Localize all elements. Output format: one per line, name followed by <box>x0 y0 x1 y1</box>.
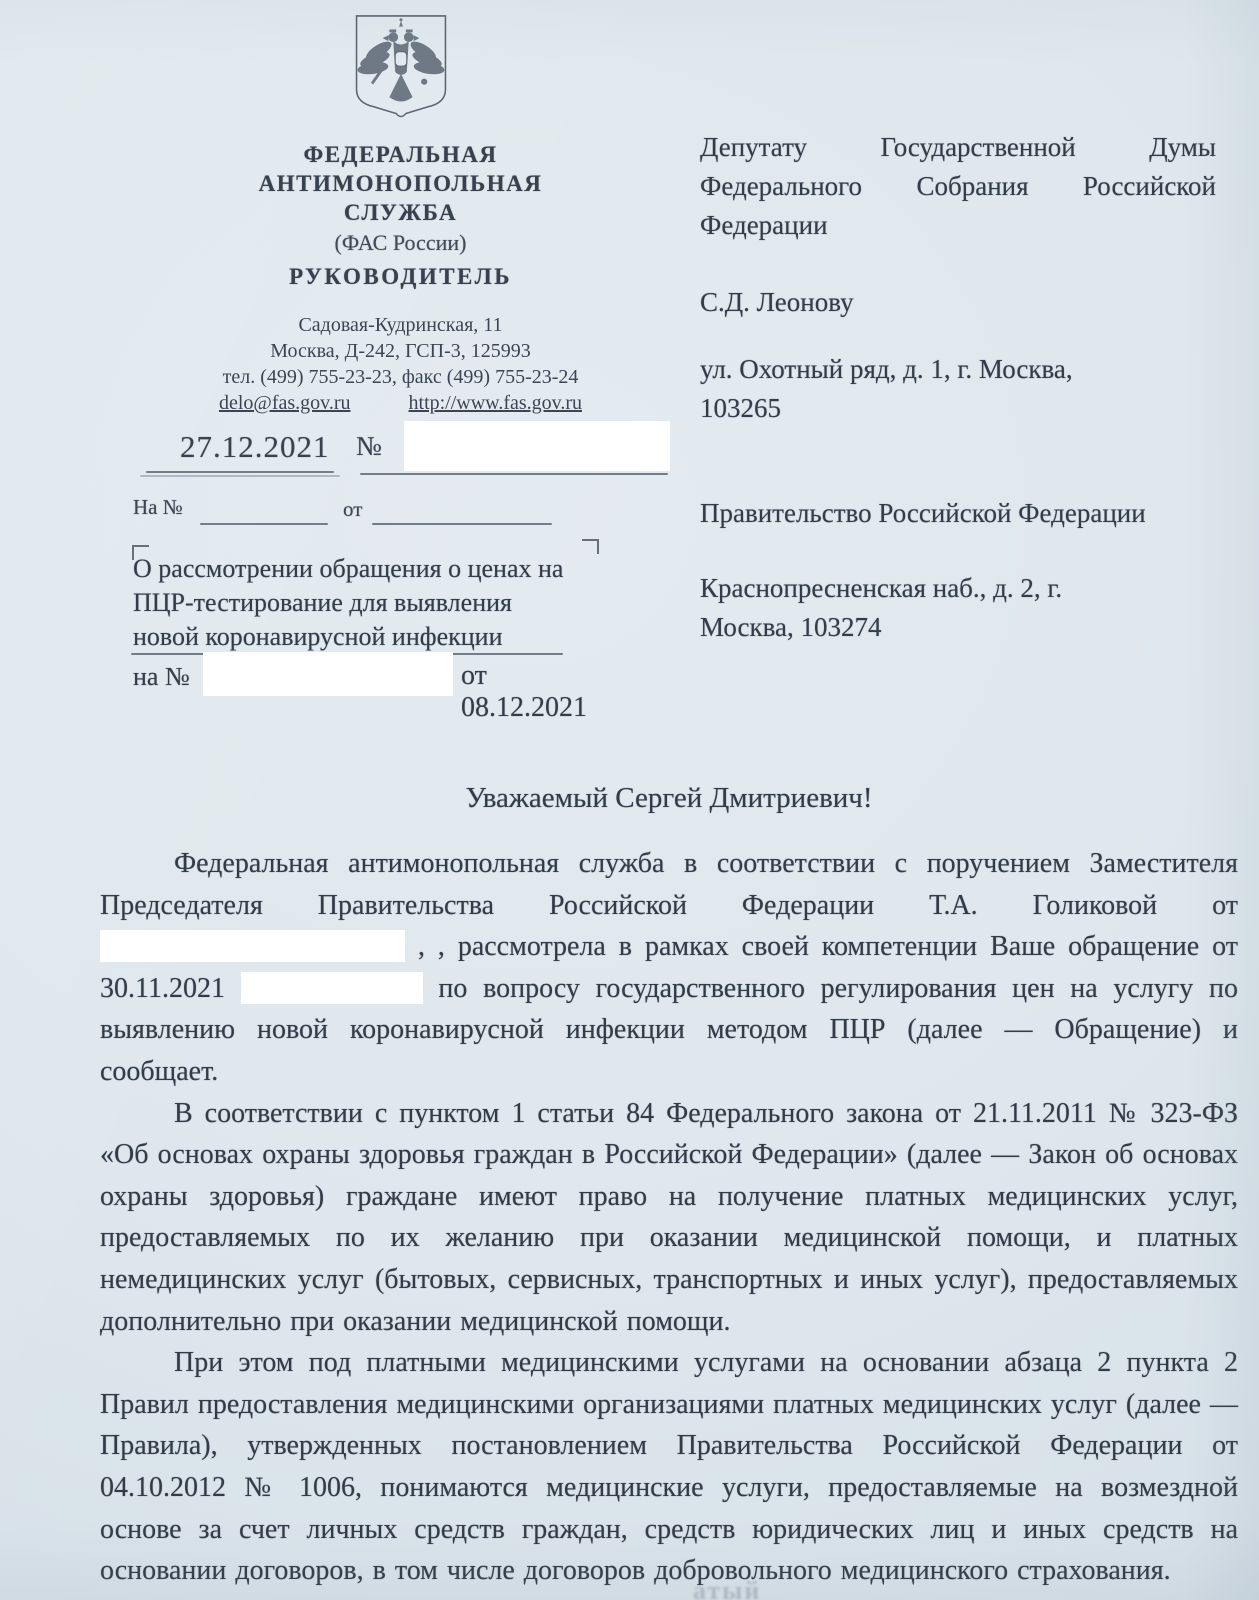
org-role: РУКОВОДИТЕЛЬ <box>128 264 673 290</box>
secondary-recipient-address: Краснопресненская наб., д. 2, г. Москва,… <box>700 569 1216 647</box>
subject-ref-date: от 08.12.2021 <box>461 660 587 724</box>
recipient-address-line2: 103265 <box>700 393 781 423</box>
redaction-box-outgoing-number <box>404 421 670 471</box>
phone-fax-line: тел. (499) 755-23-23, факс (499) 755-23-… <box>128 364 673 390</box>
outgoing-number-row: 27.12.2021 № <box>128 427 673 485</box>
corner-mark-left-icon <box>132 545 149 560</box>
subject-line-2: ПЦР-тестирование для выявления <box>133 586 585 620</box>
recipient-address-line1: ул. Охотный ряд, д. 1, г. Москва, <box>700 354 1073 384</box>
number-label: № <box>356 431 382 462</box>
org-name-line2: АНТИМОНОПОЛЬНАЯ <box>128 169 673 198</box>
org-website: http://www.fas.gov.ru <box>409 392 583 415</box>
letter-date: 27.12.2021 <box>180 429 330 465</box>
date-underline <box>146 471 334 473</box>
ref-date-underline <box>372 523 552 525</box>
recipient-block: Депутату Государственной Думы Федерально… <box>700 128 1216 647</box>
recipient-address: ул. Охотный ряд, д. 1, г. Москва, 103265 <box>700 350 1216 428</box>
subject-line-1: О рассмотрении обращения о ценах на <box>133 552 585 586</box>
ref-from-label: от <box>343 497 362 522</box>
org-email: delo@fas.gov.ru <box>219 392 351 415</box>
org-name-line3: СЛУЖБА <box>128 198 673 227</box>
paragraph-1-part1: Федеральная антимонопольная служба в соо… <box>100 848 1238 921</box>
recipient-name: С.Д. Леонову <box>700 283 1216 322</box>
paragraph-2: В соответствии с пунктом 1 статьи 84 Фед… <box>100 1093 1238 1343</box>
secondary-address-line1: Краснопресненская наб., д. 2, г. <box>700 573 1062 603</box>
scanned-letter-page: ФЕДЕРАЛЬНАЯ АНТИМОНОПОЛЬНАЯ СЛУЖБА (ФАС … <box>0 0 1259 1600</box>
subject-line-3-text: новой коронавирусной инфекции <box>133 622 503 651</box>
ref-number-underline <box>200 523 328 525</box>
secondary-address-line2: Москва, 103274 <box>700 612 882 642</box>
redaction-box-subject-number <box>203 652 453 696</box>
subject-ref-prefix: на № <box>133 662 190 692</box>
secondary-recipient-org: Правительство Российской Федерации <box>700 494 1216 533</box>
subject-block: О рассмотрении обращения о ценах на ПЦР-… <box>133 552 585 702</box>
org-abbreviation: (ФАС России) <box>128 229 673 256</box>
recipient-org: Депутату Государственной Думы Федерально… <box>700 128 1216 245</box>
letterhead: ФЕДЕРАЛЬНАЯ АНТИМОНОПОЛЬНАЯ СЛУЖБА (ФАС … <box>128 10 673 541</box>
org-name-line1: ФЕДЕРАЛЬНАЯ <box>128 140 673 169</box>
letter-body: Уважаемый Сергей Дмитриевич! Федеральная… <box>100 782 1238 1592</box>
subject-reference-row: на № от 08.12.2021 <box>133 656 585 702</box>
subject-line-3: новой коронавирусной инфекции <box>133 620 585 654</box>
org-contacts: delo@fas.gov.ru http://www.fas.gov.ru <box>128 392 673 415</box>
redaction-box-inline-1 <box>100 930 405 962</box>
salutation: Уважаемый Сергей Дмитриевич! <box>100 782 1238 815</box>
coat-of-arms-icon <box>343 12 459 132</box>
ref-on-label: На № <box>133 495 183 520</box>
address-line-1: Садовая-Кудринская, 11 <box>128 312 673 338</box>
address-line-2: Москва, Д-242, ГСП-3, 125993 <box>128 338 673 364</box>
date-underline-2 <box>140 475 340 477</box>
corner-mark-right-icon <box>582 539 599 554</box>
number-underline <box>360 473 668 475</box>
paragraph-3: При этом под платными медицинскими услуг… <box>100 1342 1238 1592</box>
org-address: Садовая-Кудринская, 11 Москва, Д-242, ГС… <box>128 312 673 390</box>
redaction-box-inline-2 <box>241 972 423 1004</box>
incoming-reference-row: На № от <box>128 491 673 541</box>
paragraph-1: Федеральная антимонопольная служба в соо… <box>100 843 1238 1093</box>
bleedthrough-artifact: атый <box>693 1576 761 1600</box>
